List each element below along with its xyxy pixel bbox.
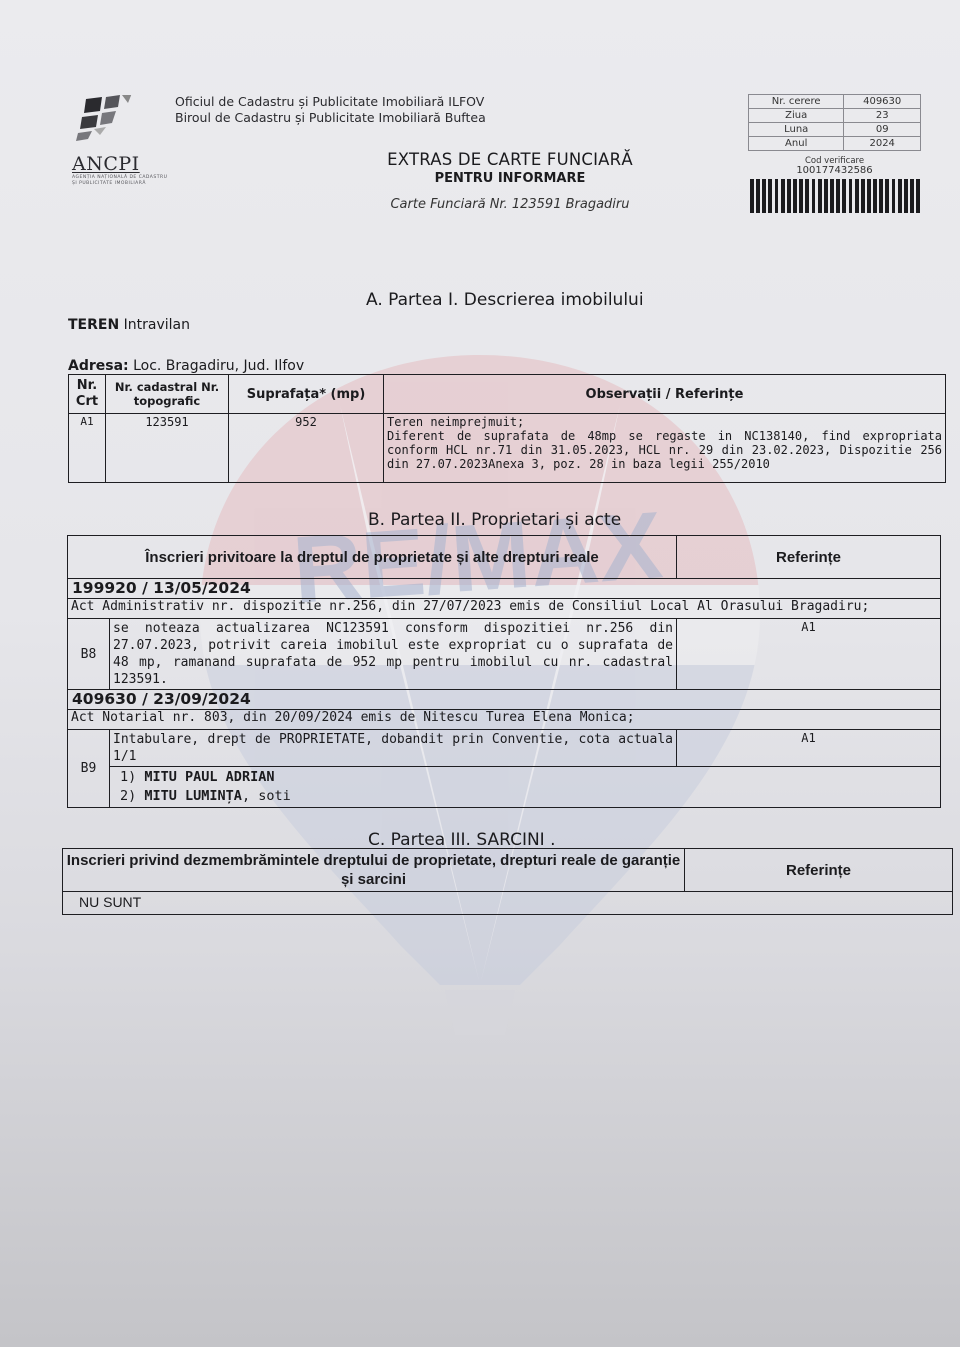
request-row: Ziua23: [749, 109, 921, 123]
col-inscrieri: Inscrieri privind dezmembrămintele drept…: [63, 849, 685, 892]
document-title-block: EXTRAS DE CARTE FUNCIARĂ PENTRU INFORMAR…: [340, 150, 680, 212]
owner-item: 2) MITU LUMINȚA, soti: [120, 787, 937, 806]
entry-act-row: Act Notarial nr. 803, din 20/09/2024 emi…: [68, 710, 941, 730]
ancpi-squares-icon: [72, 95, 136, 147]
entry-date-row: 199920 / 13/05/2024: [68, 579, 941, 599]
verification-code-value: 100177432586: [748, 166, 921, 175]
office-line-2: Biroul de Cadastru și Publicitate Imobil…: [175, 110, 486, 126]
col-cadastral: Nr. cadastral Nr. topografic: [106, 375, 229, 414]
entry-text: Intabulare, drept de PROPRIETATE, doband…: [110, 730, 677, 767]
logo-name: ANCPI: [72, 153, 174, 175]
property-description-table: Nr. Crt Nr. cadastral Nr. topografic Sup…: [68, 374, 946, 483]
col-referinte: Referințe: [677, 536, 941, 579]
owner-item: 1) MITU PAUL ADRIAN: [120, 768, 937, 787]
col-suprafata: Suprafața* (mp): [229, 375, 384, 414]
owners-list: 1) MITU PAUL ADRIAN 2) MITU LUMINȚA, sot…: [110, 767, 941, 808]
table-row: NU SUNT: [63, 892, 953, 915]
table-header: Inscrieri privind dezmembrămintele drept…: [63, 849, 953, 892]
office-info: Oficiul de Cadastru și Publicitate Imobi…: [175, 94, 486, 126]
entry-code: B9: [68, 730, 110, 808]
owner-name: MITU PAUL ADRIAN: [144, 769, 274, 785]
owners-row: 1) MITU PAUL ADRIAN 2) MITU LUMINȚA, sot…: [68, 767, 941, 808]
cf-number-line: Carte Funciară Nr. 123591 Bragadiru: [340, 197, 680, 212]
encumbrances-value: NU SUNT: [63, 892, 953, 915]
office-line-1: Oficiul de Cadastru și Publicitate Imobi…: [175, 94, 486, 110]
surface-area: 952: [229, 414, 384, 483]
document-title: EXTRAS DE CARTE FUNCIARĂ: [340, 150, 680, 169]
table-row: A1 123591 952 Teren neimprejmuit; Difere…: [69, 414, 946, 483]
entry-reference: A1: [677, 730, 941, 767]
table-header: Nr. Crt Nr. cadastral Nr. topografic Sup…: [69, 375, 946, 414]
col-observatii: Observații / Referințe: [384, 375, 946, 414]
request-row: Luna09: [749, 123, 921, 137]
entry-act-row: Act Administrativ nr. dispozitie nr.256,…: [68, 599, 941, 619]
barcode: [750, 179, 920, 213]
col-referinte: Referințe: [685, 849, 953, 892]
part-a-heading: A. Partea I. Descrierea imobilului: [366, 290, 644, 310]
cadastral-number: 123591: [106, 414, 229, 483]
owner-name: MITU LUMINȚA: [144, 788, 242, 804]
verification-code: Cod verificare 100177432586: [748, 157, 921, 175]
entry-text: se noteaza actualizarea NC123591 consfor…: [110, 619, 677, 690]
request-row: Anul2024: [749, 137, 921, 151]
part-c-heading: C. Partea III. SARCINI .: [368, 830, 556, 850]
col-inscrieri: Înscrieri privitoare la dreptul de propr…: [68, 536, 677, 579]
part-b-heading: B. Partea II. Proprietari și acte: [368, 510, 621, 530]
document-subtitle: PENTRU INFORMARE: [340, 171, 680, 186]
property-type: TEREN Intravilan: [68, 317, 190, 333]
entry-code: B8: [68, 619, 110, 690]
entry-reference: A1: [677, 619, 941, 690]
table-row: B8 se noteaza actualizarea NC123591 cons…: [68, 619, 941, 690]
col-nr-crt: Nr. Crt: [69, 375, 106, 414]
request-row: Nr. cerere409630: [749, 95, 921, 109]
request-info-box: Nr. cerere409630 Ziua23 Luna09 Anul2024: [748, 94, 921, 151]
owners-table: Înscrieri privitoare la dreptul de propr…: [67, 535, 941, 808]
nr-crt: A1: [69, 414, 106, 483]
ancpi-logo: ANCPI AGENȚIA NAȚIONALĂ DE CADASTRU ȘI P…: [72, 95, 174, 187]
table-header: Înscrieri privitoare la dreptul de propr…: [68, 536, 941, 579]
observations: Teren neimprejmuit; Diferent de suprafat…: [384, 414, 946, 483]
table-row: B9 Intabulare, drept de PROPRIETATE, dob…: [68, 730, 941, 767]
property-address: Adresa: Loc. Bragadiru, Jud. Ilfov: [68, 358, 304, 374]
logo-subtitle: AGENȚIA NAȚIONALĂ DE CADASTRU ȘI PUBLICI…: [72, 175, 174, 187]
entry-date-row: 409630 / 23/09/2024: [68, 690, 941, 710]
encumbrances-table: Inscrieri privind dezmembrămintele drept…: [62, 848, 953, 915]
